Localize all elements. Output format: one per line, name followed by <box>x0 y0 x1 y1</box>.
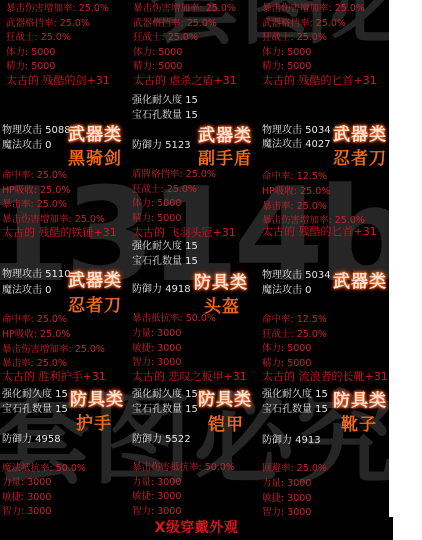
stat-line: 暴击率: 25.0% <box>2 199 67 211</box>
stat-line: 智力: 3000 <box>262 507 311 517</box>
item-title: 太古的 残酷的匕首+31 <box>262 75 377 87</box>
item-title: 太古的 残酷的铁锤+31 <box>2 227 117 239</box>
category-label: 防具类 <box>70 385 124 410</box>
item-title: 太古的 飞羽头冠+31 <box>132 227 236 239</box>
stat-line: 精力: 5000 <box>262 358 311 370</box>
stat-line: 力量: 3000 <box>2 477 51 489</box>
base-stat: 宝石孔数量 15 <box>262 404 328 416</box>
stat-line: 回避率: 25.0% <box>262 463 327 475</box>
category-label: 防具类 <box>194 268 248 293</box>
item-name: 黑骑剑 <box>68 144 122 169</box>
stat-line: 命中率: 12.5% <box>262 314 327 326</box>
item-title: 太古的 悲叹之板甲+31 <box>132 371 247 383</box>
item-title: 太古的 残酷的匕首+31 <box>262 226 377 238</box>
base-stat: 物理攻击 5034 <box>262 125 331 137</box>
base-stat: 宝石孔数量 15 <box>2 404 68 416</box>
stat-line: 力量: 3000 <box>132 328 181 340</box>
stat-line: 狂战士: 25.0% <box>262 329 327 341</box>
base-stat: 防御力 4913 <box>262 435 321 447</box>
item-name: 靴子 <box>341 410 377 435</box>
stat-line: 武器格挡率: 25.0% <box>133 18 217 30</box>
base-stat: 强化耐久度 15 <box>132 389 198 401</box>
base-stat: 物理攻击 5110 <box>2 269 71 281</box>
category-label: 防具类 <box>198 385 252 410</box>
base-stat: 魔法攻击 0 <box>262 285 312 297</box>
category-label: 防具类 <box>333 386 387 411</box>
item-name: 忍者刀 <box>68 291 122 316</box>
stat-line: 智力: 3000 <box>132 357 181 369</box>
stat-line: 武器格挡率: 25.0% <box>6 18 90 30</box>
base-stat: 防御力 5123 <box>132 140 191 152</box>
item-title: 太古的 流浪者的长靴+31 <box>262 371 388 383</box>
stat-line: 武器格挡率: 25.0% <box>262 18 346 30</box>
stat-line: 精力: 5000 <box>6 61 55 73</box>
item-showcase-panel: 套图必究 1314b1 套图必究 暴击伤害增加率: 25.0% 武器格挡率: 2… <box>0 0 389 517</box>
stat-line: 命中率: 25.0% <box>2 170 67 182</box>
stat-line: 体力: 5000 <box>133 47 182 59</box>
item-name: 铠甲 <box>208 410 244 435</box>
stat-line: 暴击率: 25.0% <box>262 201 327 213</box>
stat-line: 智力: 3000 <box>2 506 51 517</box>
stat-line: 体力: 5000 <box>262 343 311 355</box>
stat-line: 命中率: 12.5% <box>262 171 327 183</box>
stat-line: 盾牌格挡率: 25.0% <box>132 169 216 181</box>
base-stat: 宝石孔数量 15 <box>132 256 198 268</box>
base-stat: 强化耐久度 15 <box>132 95 198 107</box>
stat-line: 敏捷: 3000 <box>2 492 51 504</box>
stat-line: 狂战士: 25.0% <box>262 32 327 44</box>
base-stat: 魔法攻击 0 <box>2 285 52 297</box>
category-label: 武器类 <box>333 120 387 145</box>
stat-line: 狂战士: 25.0% <box>133 32 198 44</box>
category-label: 武器类 <box>333 267 387 292</box>
stat-line: 体力: 5000 <box>6 47 55 59</box>
category-label: 武器类 <box>68 120 122 145</box>
stat-line: HP吸收: 25.0% <box>2 329 70 341</box>
item-title: 太古的 虐杀之盾+31 <box>133 75 237 87</box>
item-name: 副手盾 <box>198 144 252 169</box>
stat-line: 体力: 5000 <box>262 47 311 59</box>
stat-line: 敏捷: 3000 <box>262 493 311 505</box>
stat-line: 暴击伤害增加率: 25.0% <box>2 344 105 356</box>
stat-line: 精力: 5000 <box>132 213 181 225</box>
stat-line: 狂战士: 25.0% <box>132 184 197 196</box>
stat-line: 精力: 5000 <box>133 61 182 73</box>
footer-label: X级穿戴外观 <box>155 520 239 536</box>
base-stat: 物理攻击 5034 <box>262 270 331 282</box>
category-label: 武器类 <box>68 266 122 291</box>
item-title: 太古的 胜利护手+31 <box>2 371 106 383</box>
base-stat: 强化耐久度 15 <box>2 389 68 401</box>
base-stat: 魔法攻击 4027 <box>262 139 331 151</box>
base-stat: 防御力 4958 <box>2 434 61 446</box>
category-label: 武器类 <box>198 121 252 146</box>
stat-line: 暴击率: 25.0% <box>2 358 67 370</box>
stat-line: 敏捷: 3000 <box>132 343 181 355</box>
stat-line: 暴击伤害增加率: 25.0% <box>6 3 109 15</box>
stat-line: 暴击伤害增加率: 25.0% <box>2 214 105 226</box>
stat-line: 命中率: 25.0% <box>2 314 67 326</box>
stat-line: 暴击伤害增加率: 25.0% <box>133 3 236 15</box>
stat-line: 敏捷: 3000 <box>132 491 181 503</box>
base-stat: 防御力 5522 <box>132 434 191 446</box>
base-stat: 魔法攻击 0 <box>2 140 52 152</box>
stat-line: 力量: 3000 <box>262 478 311 490</box>
stat-line: 暴击伤害抵抗率: 50.0% <box>132 462 235 474</box>
base-stat: 强化耐久度 15 <box>132 241 198 253</box>
stat-line: 暴击伤害增加率: 25.0% <box>262 3 365 15</box>
base-stat: 宝石孔数量 15 <box>132 404 198 416</box>
item-name: 护手 <box>76 409 112 434</box>
stat-line: HP吸收: 25.0% <box>2 185 70 197</box>
base-stat: 防御力 4918 <box>132 284 191 296</box>
item-title: 太古的 残酷的剑+31 <box>6 75 110 87</box>
stat-line: 暴击抵抗率: 50.0% <box>132 313 216 325</box>
stat-line: 精力: 5000 <box>262 61 311 73</box>
stat-line: 体力: 5000 <box>132 198 181 210</box>
footer-banner: X级穿戴外观 <box>0 517 393 540</box>
item-name: 忍者刀 <box>333 144 387 169</box>
stat-line: 智力: 3000 <box>132 506 181 517</box>
base-stat: 物理攻击 5088 <box>2 125 71 137</box>
stat-line: 魔法抵抗率: 50.0% <box>2 463 86 475</box>
base-stat: 宝石孔数量 15 <box>132 110 198 122</box>
stat-line: 狂战士: 25.0% <box>6 32 71 44</box>
stat-line: 力量: 3000 <box>132 477 181 489</box>
stat-line: HP吸收: 25.0% <box>262 186 330 198</box>
base-stat: 强化耐久度 15 <box>262 389 328 401</box>
